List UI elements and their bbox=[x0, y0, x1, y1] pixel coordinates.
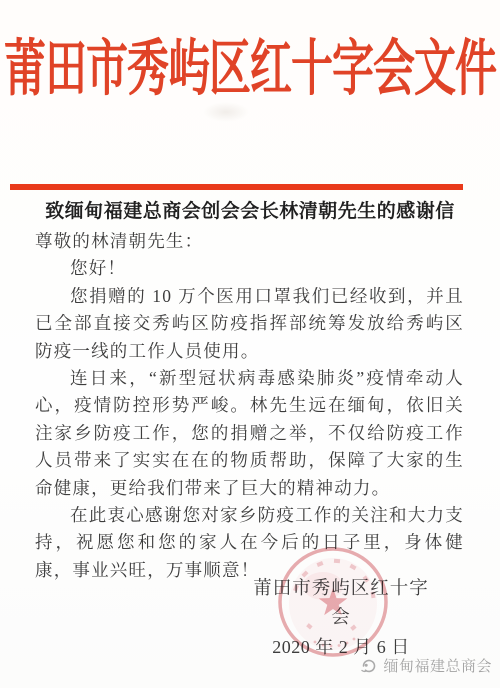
chamber-watermark-label: 缅甸福建总商会 bbox=[383, 655, 492, 676]
paper-smudge bbox=[203, 102, 249, 122]
letter-document: 莆田市秀屿区红十字会文件 致缅甸福建总商会创会会长林清朝先生的感谢信 尊敬的林清… bbox=[0, 0, 500, 688]
letterhead-org-title: 莆田市秀屿区红十字会文件 bbox=[0, 21, 500, 108]
chamber-logo-icon bbox=[360, 657, 378, 675]
letter-body: 尊敬的林清朝先生： 您好！ 您捐赠的 10 万个医用口罩我们已经收到，并且已全部… bbox=[35, 228, 464, 584]
signature-block: 莆田市秀屿区红十字会 2020 年 2 月 6 日 bbox=[248, 575, 434, 662]
paragraph-3: 在此衷心感谢您对家乡防疫工作的关注和大力支持，祝愿您和您的家人在今后的日子里，身… bbox=[35, 502, 464, 584]
paragraph-2: 连日来，“新型冠状病毒感染肺炎”疫情牵动人心，疫情防控形势严峻。林先生远在缅甸，… bbox=[35, 365, 464, 502]
signature-org: 莆田市秀屿区红十字会 bbox=[248, 575, 434, 633]
paragraph-1: 您捐赠的 10 万个医用口罩我们已经收到，并且已全部直接交秀屿区防疫指挥部统筹发… bbox=[35, 283, 464, 365]
greeting: 您好！ bbox=[35, 255, 464, 282]
letter-title: 致缅甸福建总商会创会会长林清朝先生的感谢信 bbox=[0, 196, 500, 223]
red-divider-rule bbox=[10, 184, 463, 190]
chamber-watermark: 缅甸福建总商会 bbox=[360, 655, 492, 676]
salutation: 尊敬的林清朝先生： bbox=[35, 228, 464, 255]
